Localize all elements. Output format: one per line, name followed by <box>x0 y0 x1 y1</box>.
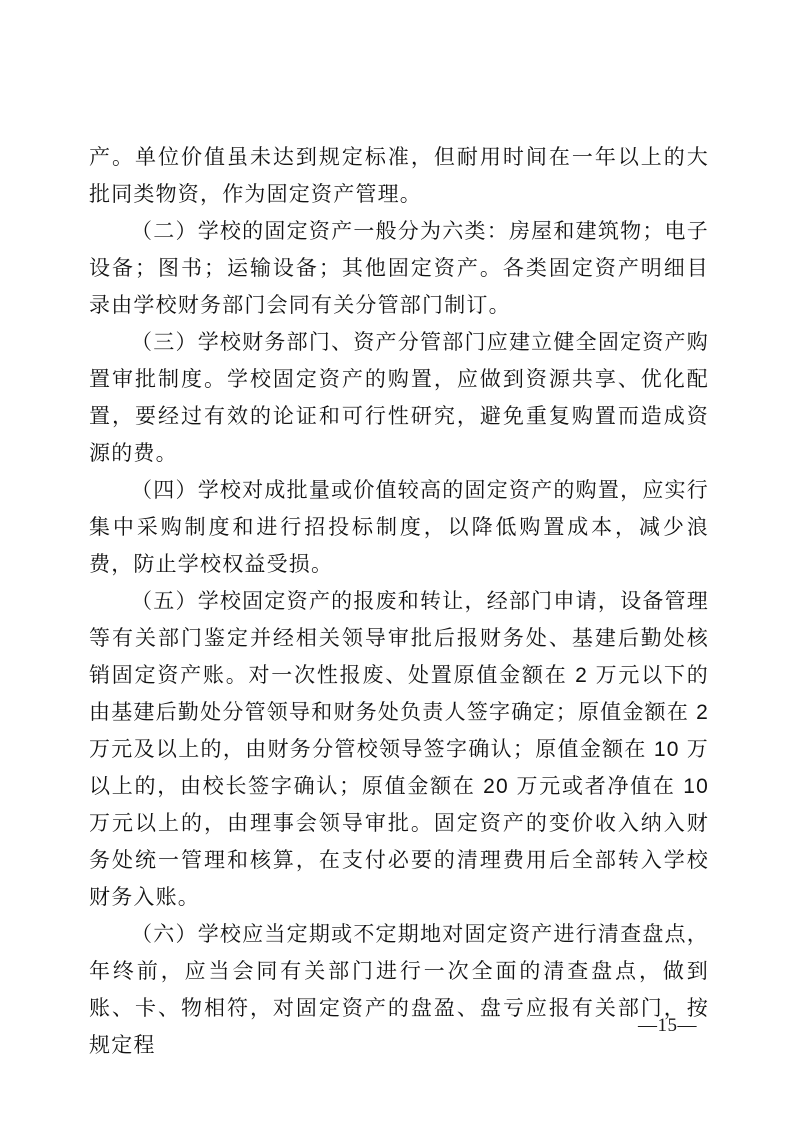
paragraph-item-3: （三）学校财务部门、资产分管部门应建立健全固定资产购置审批制度。学校固定资产的购… <box>89 324 709 472</box>
paragraph-continuation: 产。单位价值虽未达到规定标准，但耐用时间在一年以上的大批同类物资，作为固定资产管… <box>89 139 709 213</box>
paragraph-item-6: （六）学校应当定期或不定期地对固定资产进行清查盘点，年终前，应当会同有关部门进行… <box>89 916 709 1064</box>
page-number: —15— <box>638 1014 697 1038</box>
paragraph-item-5: （五）学校固定资产的报废和转让，经部门申请，设备管理等有关部门鉴定并经相关领导审… <box>89 583 709 916</box>
paragraph-item-2: （二）学校的固定资产一般分为六类：房屋和建筑物；电子设备；图书；运输设备；其他固… <box>89 213 709 324</box>
document-page: 产。单位价值虽未达到规定标准，但耐用时间在一年以上的大批同类物资，作为固定资产管… <box>0 0 793 1122</box>
paragraph-item-4: （四）学校对成批量或价值较高的固定资产的购置，应实行集中采购制度和进行招投标制度… <box>89 472 709 583</box>
document-body: 产。单位价值虽未达到规定标准，但耐用时间在一年以上的大批同类物资，作为固定资产管… <box>89 139 709 1064</box>
